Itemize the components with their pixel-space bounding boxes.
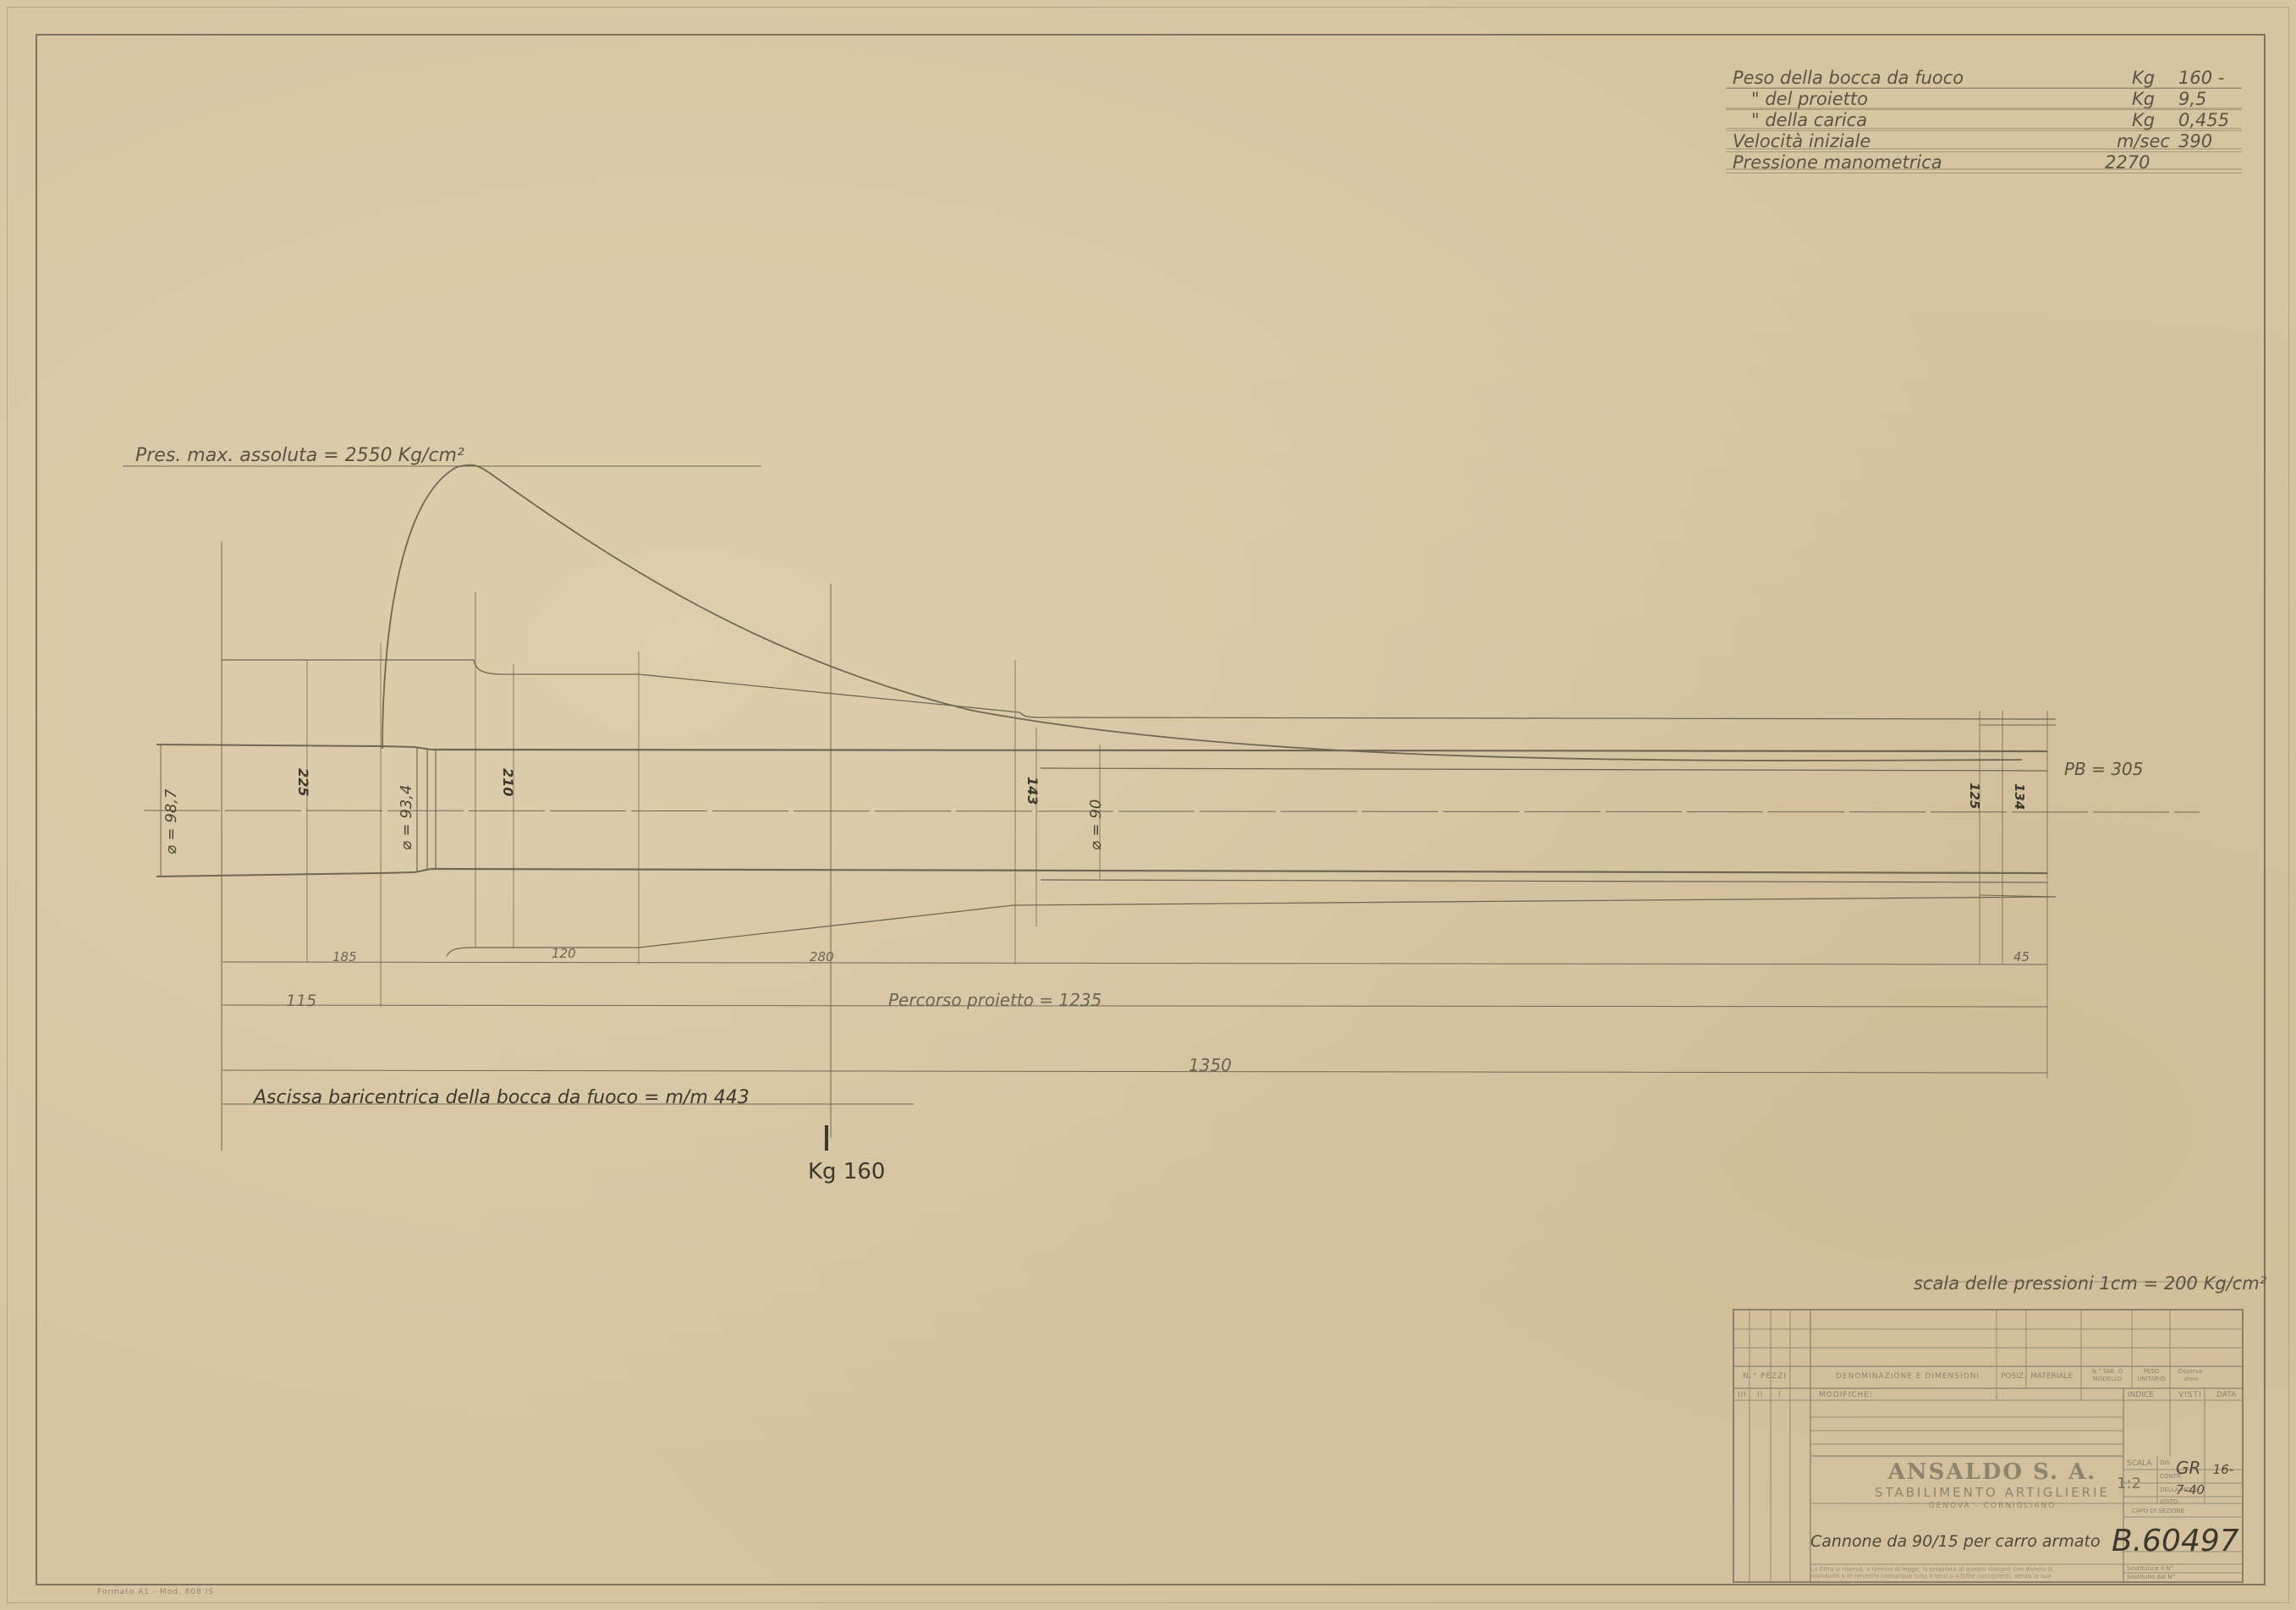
- total-length-label: 1350: [1189, 1055, 1232, 1075]
- spec-row-weight-charge: " della carica Kg 0,455: [1726, 110, 2242, 131]
- dim-134: 134: [2012, 783, 2027, 810]
- header-osserv: Osserva- zioni: [2174, 1368, 2208, 1383]
- header-posiz: POSIZ.: [2001, 1372, 2026, 1381]
- sign-row-capo: CAPO DI SEZIONE: [2132, 1508, 2184, 1514]
- company-city: GENOVA - CORNIGLIANO: [1861, 1502, 2123, 1510]
- spec-value: 2270: [2105, 152, 2150, 173]
- spec-label: " del proietto: [1751, 89, 1868, 109]
- header-n-tab: N.° TAB. O MODELLO: [2085, 1368, 2130, 1383]
- spec-unit: Kg: [2132, 68, 2155, 88]
- spec-row-velocity: Velocità iniziale m/sec 390: [1726, 131, 2242, 152]
- pressure-scale-label: scala delle pressioni 1cm = 200 Kg/cm²: [1914, 1273, 2266, 1294]
- dim-45: 45: [2013, 949, 2030, 964]
- muzzle-pressure-label: PB = 305: [2064, 759, 2143, 779]
- company-division: STABILIMENTO ARTIGLIERIE: [1861, 1485, 2123, 1500]
- header-denominazione: DENOMINAZIONE E DIMENSIONI: [1836, 1372, 1980, 1381]
- dim-143: 143: [1024, 777, 1041, 805]
- specs-table: Peso della bocca da fuoco Kg 160 - " del…: [1726, 68, 2242, 173]
- spec-label: Pressione manometrica: [1733, 152, 1942, 173]
- spec-value: 0,455: [2178, 110, 2229, 130]
- ownership-notice: La Ditta si riserva, a termini di legge,…: [1810, 1566, 2064, 1586]
- scale-label: SCALA: [2127, 1459, 2152, 1468]
- spec-value: 390: [2178, 131, 2212, 151]
- form-code: Formato A1 - Mod. 808 IS: [97, 1588, 214, 1596]
- spec-value: 9,5: [2178, 89, 2206, 109]
- barycenter-label: Ascissa baricentrica della bocca da fuoc…: [254, 1087, 750, 1108]
- dim-225: 225: [295, 768, 311, 796]
- title-block: N.° PEZZI DENOMINAZIONE E DIMENSIONI POS…: [1733, 1309, 2244, 1583]
- spec-unit: Kg: [2132, 89, 2155, 109]
- scale-value: 1:2: [2117, 1475, 2141, 1492]
- replaces-label: Sostituisce il N°: [2127, 1565, 2173, 1572]
- drawing-sheet: Peso della bocca da fuoco Kg 160 - " del…: [0, 0, 2296, 1610]
- mod-col-ii: II: [1757, 1391, 1763, 1399]
- diameter-label-93-4: ⌀ = 93,4: [398, 785, 415, 850]
- dim-120: 120: [552, 946, 576, 961]
- sign-row-visto: VISTO: [2160, 1498, 2178, 1505]
- dim-210: 210: [500, 768, 516, 796]
- spec-label: " della carica: [1751, 110, 1867, 130]
- weight-marker-label: Kg 160: [808, 1159, 885, 1184]
- replaced-by-label: Sostituito dal N°: [2127, 1574, 2175, 1580]
- mod-col-iii: III: [1738, 1391, 1747, 1399]
- drawing-title: Cannone da 90/15 per carro armato: [1810, 1532, 2101, 1551]
- sign-row-dis: DIS.: [2160, 1459, 2172, 1466]
- company-name: ANSALDO S. A.: [1861, 1459, 2123, 1485]
- diameter-label-98-7: ⌀ = 98,7: [162, 789, 180, 854]
- spec-row-pressure: Pressione manometrica 2270: [1726, 152, 2242, 173]
- dim-185: 185: [332, 949, 357, 964]
- spec-row-weight-gun: Peso della bocca da fuoco Kg 160 -: [1726, 68, 2242, 89]
- mod-col-i: I: [1778, 1391, 1782, 1399]
- diameter-label-90: ⌀ = 90: [1087, 800, 1105, 850]
- indice-label: INDICE: [2128, 1391, 2154, 1399]
- visti-label: VISTI: [2178, 1391, 2202, 1399]
- max-pressure-label: Pres. max. assoluta = 2550 Kg/cm²: [135, 445, 464, 466]
- data-label: DATA: [2216, 1391, 2236, 1399]
- drawing-number: B.60497: [2112, 1524, 2239, 1558]
- spec-label: Peso della bocca da fuoco: [1733, 68, 1964, 88]
- signature-initials: GR: [2176, 1458, 2200, 1478]
- header-peso: PESO UNITARIO: [2134, 1368, 2169, 1383]
- spec-row-weight-projectile: " del proietto Kg 9,5: [1726, 89, 2242, 110]
- spec-unit: m/sec: [2117, 131, 2170, 151]
- spec-label: Velocità iniziale: [1733, 131, 1870, 151]
- header-n-pezzi: N.° PEZZI: [1743, 1372, 1787, 1381]
- header-materiale: MATERIALE: [2030, 1372, 2073, 1381]
- modifiche-label: MODIFICHE:: [1819, 1391, 1873, 1399]
- spec-unit: Kg: [2132, 110, 2155, 130]
- spec-value: 160 -: [2178, 68, 2224, 88]
- projectile-travel-label: Percorso proietto = 1235: [888, 990, 1101, 1010]
- dim-125: 125: [1967, 783, 1982, 809]
- dim-115: 115: [286, 992, 316, 1010]
- dim-280: 280: [810, 949, 834, 964]
- signature: GR 16-7-40: [2176, 1458, 2242, 1498]
